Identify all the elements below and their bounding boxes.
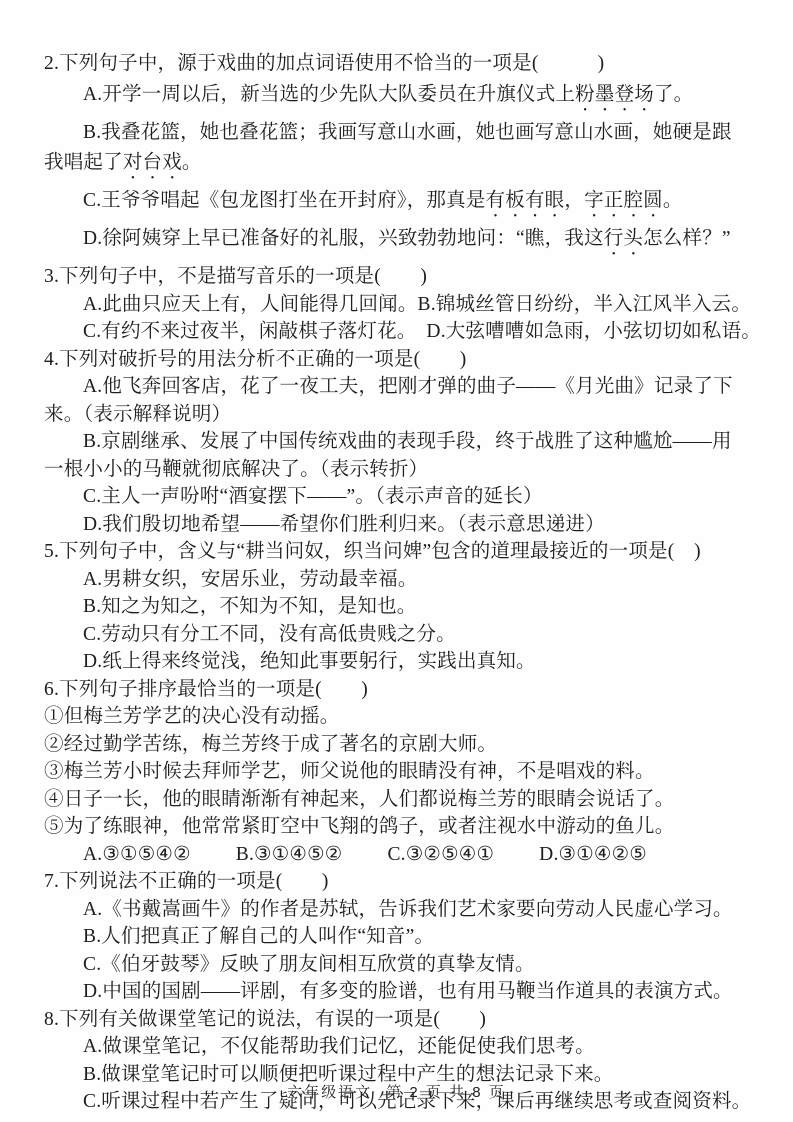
line-item: ①但梅兰芳学艺的决心没有动摇。 (44, 703, 757, 731)
line-question: 6.下列句子排序最恰当的一项是( ) (44, 676, 757, 704)
text-run: D.我们殷切地希望——希望你们胜利归来。（表示意思递进） (83, 514, 605, 535)
line-option: A.做课堂笔记，不仅能帮助我们记忆，还能促使我们思考。 (44, 1033, 757, 1061)
emphasized-term: 粉墨登场 (575, 84, 654, 105)
emphasized-term: 有板有眼 (486, 190, 565, 211)
text-run: ⑤为了练眼神，他常常紧盯空中飞翔的鸽子，或者注视水中游动的鱼儿。 (44, 816, 674, 837)
line-option: A.他飞奔回客店，花了一夜工夫，把刚才弹的曲子——《月光曲》记录了下 (44, 373, 757, 401)
text-run: 来。（表示解释说明） (44, 404, 231, 425)
text-run: ①但梅兰芳学艺的决心没有动摇。 (44, 706, 340, 727)
text-run: C.王爷爷唱起《包龙图打坐在开封府》，那真是 (83, 190, 486, 211)
line-option: C.有约不来过夜半，闲敲棋子落灯花。 D.大弦嘈嘈如急雨，小弦切切如私语。 (44, 318, 757, 346)
text-run: 。 (182, 152, 202, 173)
text-run: 7.下列说法不正确的一项是( ) (44, 871, 329, 892)
text-run: B.知之为知之，不知为不知，是知也。 (83, 596, 416, 617)
text-run: ②经过勤学苦练，梅兰芳终于成了著名的京剧大师。 (44, 734, 497, 755)
line-question: 4.下列对破折号的用法分析不正确的一项是( ) (44, 346, 757, 374)
text-run: A.男耕女织，安居乐业，劳动最幸福。 (83, 569, 418, 590)
text-run: B.人们把真正了解自己的人叫作“知音”。 (83, 926, 434, 947)
text-run: D.纸上得来终觉浅，绝知此事要躬行，实践出真知。 (83, 651, 536, 672)
text-run: C.劳动只有分工不同，没有高低贵贱之分。 (83, 624, 456, 645)
text-run: D.徐阿姨穿上早已准备好的礼服，兴致勃勃地问：“瞧，我这 (83, 228, 604, 249)
text-run: C.有约不来过夜半，闲敲棋子落灯花。 D.大弦嘈嘈如急雨，小弦切切如私语。 (83, 321, 761, 342)
text-run: A.此曲只应天上有，人间能得几回闻。B.锦城丝管日纷纷，半入江风半入云。 (83, 294, 751, 315)
answer-choice: B.③①④⑤② (236, 841, 343, 869)
exam-body: 2.下列句子中，源于戏曲的加点词语使用不恰当的一项是( )A.开学一周以后，新当… (0, 0, 793, 1116)
text-run: ， (564, 190, 584, 211)
emphasized-term: 字正腔圆 (584, 190, 663, 211)
text-run: 了。 (654, 84, 693, 105)
emphasized-term: 行头 (604, 228, 643, 249)
text-run: 2.下列句子中，源于戏曲的加点词语使用不恰当的一项是( ) (44, 53, 604, 74)
line-item: ③梅兰芳小时候去拜师学艺，师父说他的眼睛没有神，不是唱戏的料。 (44, 758, 757, 786)
answer-choice: A.③①⑤④② (83, 841, 191, 869)
text-run: 。 (663, 190, 683, 211)
line-question: 2.下列句子中，源于戏曲的加点词语使用不恰当的一项是( ) (44, 50, 757, 78)
line-item: ②经过勤学苦练，梅兰芳终于成了著名的京剧大师。 (44, 731, 757, 759)
line-choices: A.③①⑤④②B.③①④⑤②C.③②⑤④①D.③①④②⑤ (44, 841, 757, 869)
line-option: C.劳动只有分工不同，没有高低贵贱之分。 (44, 621, 757, 649)
line-option: B.我叠花篮，她也叠花篮；我画写意山水画，她也画写意山水画，她硬是跟 (44, 119, 757, 147)
line-option: D.纸上得来终觉浅，绝知此事要躬行，实践出真知。 (44, 648, 757, 676)
line-option: C.主人一声吩咐“酒宴摆下——”。（表示声音的延长） (44, 483, 757, 511)
text-run: ③梅兰芳小时候去拜师学艺，师父说他的眼睛没有神，不是唱戏的料。 (44, 761, 655, 782)
text-run: 一根小小的马鞭就彻底解决了。（表示转折） (44, 459, 428, 480)
line-question: 5.下列句子中，含义与“耕当问奴，织当问婢”包含的道理最接近的一项是( ) (44, 538, 757, 566)
text-run: C.主人一声吩咐“酒宴摆下——”。（表示声音的延长） (83, 486, 543, 507)
text-run: 我唱起了 (44, 152, 123, 173)
line-item: ④日子一长，他的眼睛渐渐有神起来，人们都说梅兰芳的眼睛会说话了。 (44, 786, 757, 814)
exam-page: 2.下列句子中，源于戏曲的加点词语使用不恰当的一项是( )A.开学一周以后，新当… (0, 0, 793, 1122)
text-run: 3.下列句子中，不是描写音乐的一项是( ) (44, 266, 427, 287)
line-question: 7.下列说法不正确的一项是( ) (44, 868, 757, 896)
text-run: 怎么样？” (643, 228, 731, 249)
answer-choice: C.③②⑤④① (387, 841, 494, 869)
line-option: B.人们把真正了解自己的人叫作“知音”。 (44, 923, 757, 951)
line-flush: 一根小小的马鞭就彻底解决了。（表示转折） (44, 456, 757, 484)
text-run: B.京剧继承、发展了中国传统戏曲的表现手段，终于战胜了这种尴尬——用 (83, 431, 732, 452)
text-run: 4.下列对破折号的用法分析不正确的一项是( ) (44, 349, 466, 370)
text-run: ④日子一长，他的眼睛渐渐有神起来，人们都说梅兰芳的眼睛会说话了。 (44, 789, 674, 810)
line-option: A.《书戴嵩画牛》的作者是苏轼，告诉我们艺术家要向劳动人民虚心学习。 (44, 896, 757, 924)
text-run: 8.下列有关做课堂笔记的说法，有误的一项是( ) (44, 1009, 486, 1030)
line-question: 8.下列有关做课堂笔记的说法，有误的一项是( ) (44, 1006, 757, 1034)
text-run: C.《伯牙鼓琴》反映了朋友间相互欣赏的真挚友情。 (83, 954, 535, 975)
text-run: A.开学一周以后，新当选的少先队大队委员在升旗仪式上 (83, 84, 575, 105)
emphasized-term: 对台戏 (123, 152, 182, 173)
line-option: A.此曲只应天上有，人间能得几回闻。B.锦城丝管日纷纷，半入江风半入云。 (44, 291, 757, 319)
line-option: A.男耕女织，安居乐业，劳动最幸福。 (44, 566, 757, 594)
line-option: B.知之为知之，不知为不知，是知也。 (44, 593, 757, 621)
footer-page-number: 第 2 页 共 8 页 (386, 1084, 506, 1101)
line-option: D.中国的国剧——评剧，有多变的脸谱，也有用马鞭当作道具的表演方式。 (44, 978, 757, 1006)
text-run: 6.下列句子排序最恰当的一项是( ) (44, 679, 368, 700)
line-option: B.京剧继承、发展了中国传统戏曲的表现手段，终于战胜了这种尴尬——用 (44, 428, 757, 456)
text-run: 5.下列句子中，含义与“耕当问奴，织当问婢”包含的道理最接近的一项是( ) (44, 541, 701, 562)
line-option: C.王爷爷唱起《包龙图打坐在开封府》，那真是有板有眼，字正腔圆。 (44, 187, 757, 222)
line-option: D.我们殷切地希望——希望你们胜利归来。（表示意思递进） (44, 511, 757, 539)
page-footer: 六年级语文第 2 页 共 8 页 (0, 1081, 793, 1102)
answer-choice: D.③①④②⑤ (539, 841, 647, 869)
line-option: D.徐阿姨穿上早已准备好的礼服，兴致勃勃地问：“瞧，我这行头怎么样？” (44, 225, 757, 260)
footer-course-label: 六年级语文 (287, 1084, 372, 1101)
text-run: D.中国的国剧——评剧，有多变的脸谱，也有用马鞭当作道具的表演方式。 (83, 981, 733, 1002)
text-run: A.《书戴嵩画牛》的作者是苏轼，告诉我们艺术家要向劳动人民虚心学习。 (83, 899, 733, 920)
line-flush: 我唱起了对台戏。 (44, 149, 757, 184)
line-option: A.开学一周以后，新当选的少先队大队委员在升旗仪式上粉墨登场了。 (44, 81, 757, 116)
line-flush: 来。（表示解释说明） (44, 401, 757, 429)
text-run: A.做课堂笔记，不仅能帮助我们记忆，还能促使我们思考。 (83, 1036, 595, 1057)
text-run: A.他飞奔回客店，花了一夜工夫，把刚才弹的曲子——《月光曲》记录了下 (83, 376, 733, 397)
line-option: C.《伯牙鼓琴》反映了朋友间相互欣赏的真挚友情。 (44, 951, 757, 979)
text-run: B.我叠花篮，她也叠花篮；我画写意山水画，她也画写意山水画，她硬是跟 (83, 122, 732, 143)
line-item: ⑤为了练眼神，他常常紧盯空中飞翔的鸽子，或者注视水中游动的鱼儿。 (44, 813, 757, 841)
line-question: 3.下列句子中，不是描写音乐的一项是( ) (44, 263, 757, 291)
